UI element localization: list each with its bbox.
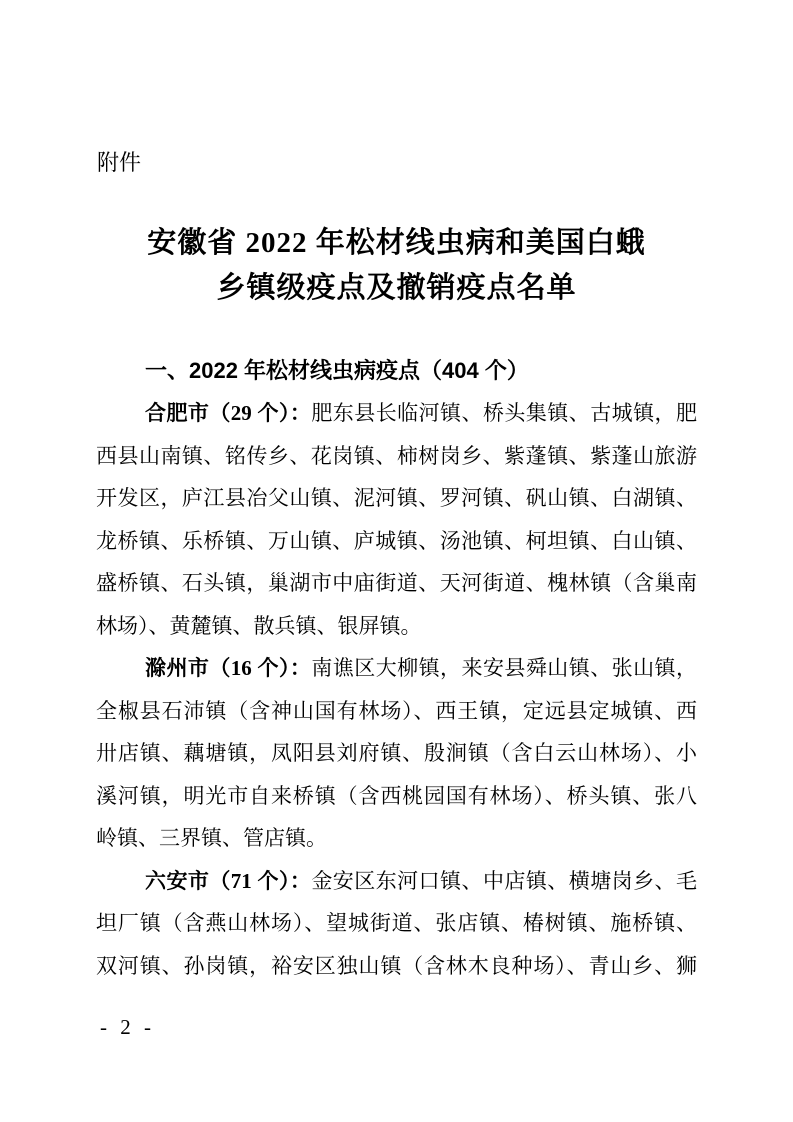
city-lead: 合肥市（29 个）：	[145, 401, 311, 425]
title-line-2: 乡镇级疫点及撤销疫点名单	[0, 266, 793, 311]
paragraph-line: 卅店镇、藕塘镇，凤阳县刘府镇、殷涧镇（含白云山林场）、小	[96, 732, 697, 775]
paragraph-hefei: 合肥市（29 个）：肥东县长临河镇、桥头集镇、古城镇，肥 西县山南镇、铭传乡、花…	[96, 392, 697, 647]
page-number: - 2 -	[100, 1013, 155, 1041]
paragraph-text: 南谯区大柳镇，来安县舜山镇、张山镇，	[311, 656, 697, 680]
paragraph-line: 岭镇、三界镇、管店镇。	[96, 817, 697, 860]
paragraph-line: 盛桥镇、石头镇，巢湖市中庙街道、天河街道、槐林镇（含巢南	[96, 562, 697, 605]
city-lead: 六安市（71 个）：	[145, 869, 311, 893]
city-lead: 滁州市（16 个）：	[145, 656, 311, 680]
paragraph-first-line: 滁州市（16 个）：南谯区大柳镇，来安县舜山镇、张山镇，	[96, 647, 697, 690]
paragraph-luan: 六安市（71 个）：金安区东河口镇、中店镇、横塘岗乡、毛 坦厂镇（含燕山林场）、…	[96, 860, 697, 988]
paragraph-line: 溪河镇，明光市自来桥镇（含西桃园国有林场）、桥头镇、张八	[96, 775, 697, 818]
attachment-label: 附件	[97, 149, 141, 177]
document-body: 一、2022 年松材线虫病疫点（404 个） 合肥市（29 个）：肥东县长临河镇…	[96, 349, 697, 987]
paragraph-line: 坦厂镇（含燕山林场）、望城街道、张店镇、椿树镇、施桥镇、	[96, 902, 697, 945]
document-page: 附件 安徽省 2022 年松材线虫病和美国白蛾 乡镇级疫点及撤销疫点名单 一、2…	[0, 0, 793, 1122]
paragraph-text: 金安区东河口镇、中店镇、横塘岗乡、毛	[311, 869, 697, 893]
section-heading: 一、2022 年松材线虫病疫点（404 个）	[96, 349, 697, 392]
paragraph-first-line: 合肥市（29 个）：肥东县长临河镇、桥头集镇、古城镇，肥	[96, 392, 697, 435]
title-line-1: 安徽省 2022 年松材线虫病和美国白蛾	[0, 221, 793, 266]
paragraph-line: 双河镇、孙岗镇，裕安区独山镇（含林木良种场）、青山乡、狮	[96, 945, 697, 988]
paragraph-line: 龙桥镇、乐桥镇、万山镇、庐城镇、汤池镇、柯坦镇、白山镇、	[96, 520, 697, 563]
paragraph-line: 开发区，庐江县冶父山镇、泥河镇、罗河镇、矾山镇、白湖镇、	[96, 477, 697, 520]
paragraph-first-line: 六安市（71 个）：金安区东河口镇、中店镇、横塘岗乡、毛	[96, 860, 697, 903]
paragraph-text: 肥东县长临河镇、桥头集镇、古城镇，肥	[311, 401, 697, 425]
paragraph-chuzhou: 滁州市（16 个）：南谯区大柳镇，来安县舜山镇、张山镇， 全椒县石沛镇（含神山国…	[96, 647, 697, 860]
paragraph-line: 全椒县石沛镇（含神山国有林场）、西王镇，定远县定城镇、西	[96, 690, 697, 733]
paragraph-line: 西县山南镇、铭传乡、花岗镇、柿树岗乡、紫蓬镇、紫蓬山旅游	[96, 435, 697, 478]
paragraph-line: 林场）、黄麓镇、散兵镇、银屏镇。	[96, 605, 697, 648]
document-title: 安徽省 2022 年松材线虫病和美国白蛾 乡镇级疫点及撤销疫点名单	[0, 221, 793, 311]
